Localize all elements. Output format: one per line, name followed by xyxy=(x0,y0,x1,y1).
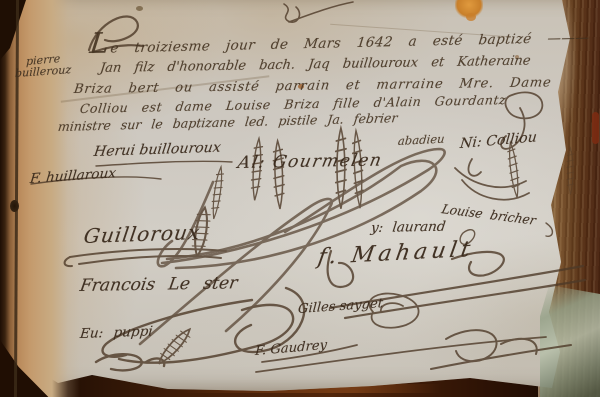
signature-eu-puppi: Eu: puppi xyxy=(79,323,153,342)
fore-edge-red-streak xyxy=(592,112,599,144)
binding-knot xyxy=(10,200,19,212)
photo-baptism-register-1642: Le troiziesme jour de Mars 1642 a esté b… xyxy=(0,0,600,397)
orange-stain-dot xyxy=(466,13,476,21)
ink-fleck xyxy=(136,6,143,11)
signature-francois-le-ster: Francois Le ster xyxy=(78,273,238,296)
signature-guilloroux: Guilloroux xyxy=(82,220,202,248)
signature-al-gourmelen: Al: Gourmelen xyxy=(236,150,384,173)
page-corner-stain xyxy=(540,285,600,397)
signature-y-laurand: y: laurand xyxy=(370,219,447,236)
record-note-abadieu: abadieu xyxy=(397,132,445,148)
